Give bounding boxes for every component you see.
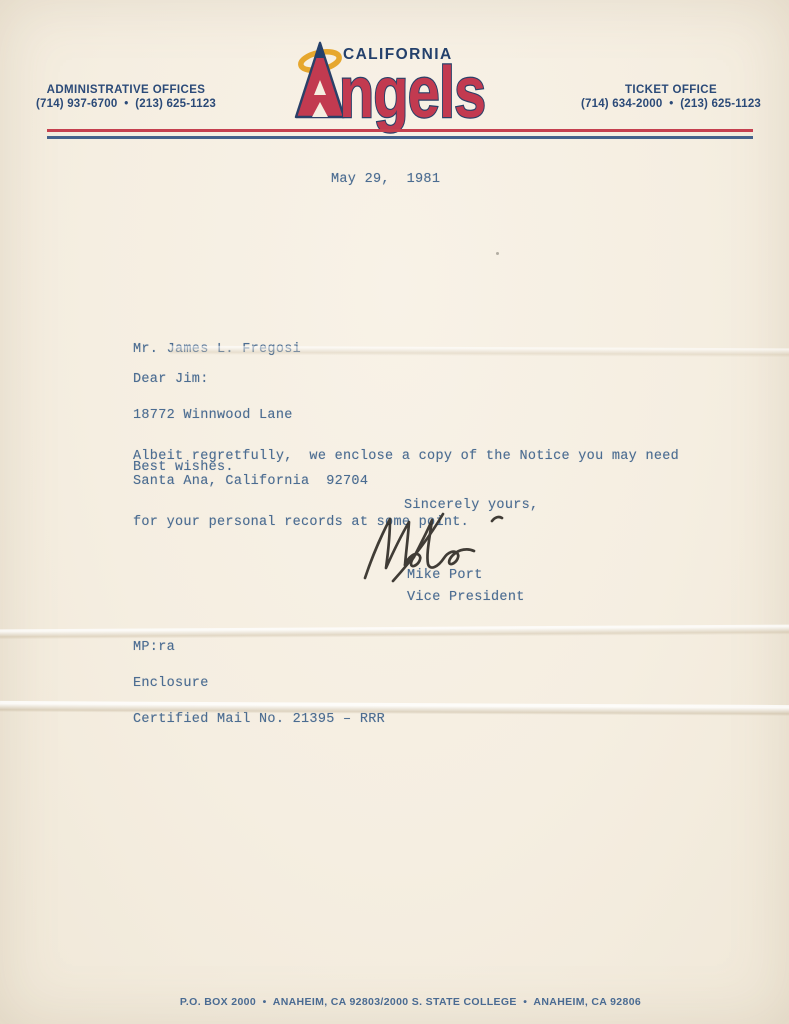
recipient-name: Mr. James L. Fregosi [133,339,368,361]
administrative-offices-title: ADMINISTRATIVE OFFICES [16,84,236,97]
letter-date: May 29, 1981 [331,169,440,191]
header-rule-blue [47,136,753,139]
logo-angels-text: ngels [339,52,485,133]
closing-line: Best wishes. [133,457,234,479]
paper-crease [0,625,789,640]
california-angels-logo: CALIFORNIA ngels [283,36,518,134]
letter-page: ADMINISTRATIVE OFFICES (714) 937-6700 • … [0,0,789,1024]
paper-crease [0,701,789,716]
reference-initials: MP:ra [133,637,175,659]
enclosure-note: Enclosure [133,673,209,695]
administrative-offices-phones: (714) 937-6700 • (213) 625-1123 [16,97,236,111]
ticket-office-block: TICKET OFFICE (714) 634-2000 • (213) 625… [561,84,781,111]
paper-speck [496,252,499,255]
signer-name: Mike Port [407,565,483,587]
certified-mail-line: Certified Mail No. 21395 – RRR [133,709,385,731]
ticket-office-title: TICKET OFFICE [561,84,781,97]
salutation: Dear Jim: [133,369,209,391]
signer-title: Vice President [407,587,525,609]
administrative-offices-block: ADMINISTRATIVE OFFICES (714) 937-6700 • … [16,84,236,111]
ticket-office-phones: (714) 634-2000 • (213) 625-1123 [561,97,781,111]
header-rule-red [47,129,753,132]
footer-address: P.O. BOX 2000 • ANAHEIM, CA 92803/2000 S… [16,996,789,1008]
